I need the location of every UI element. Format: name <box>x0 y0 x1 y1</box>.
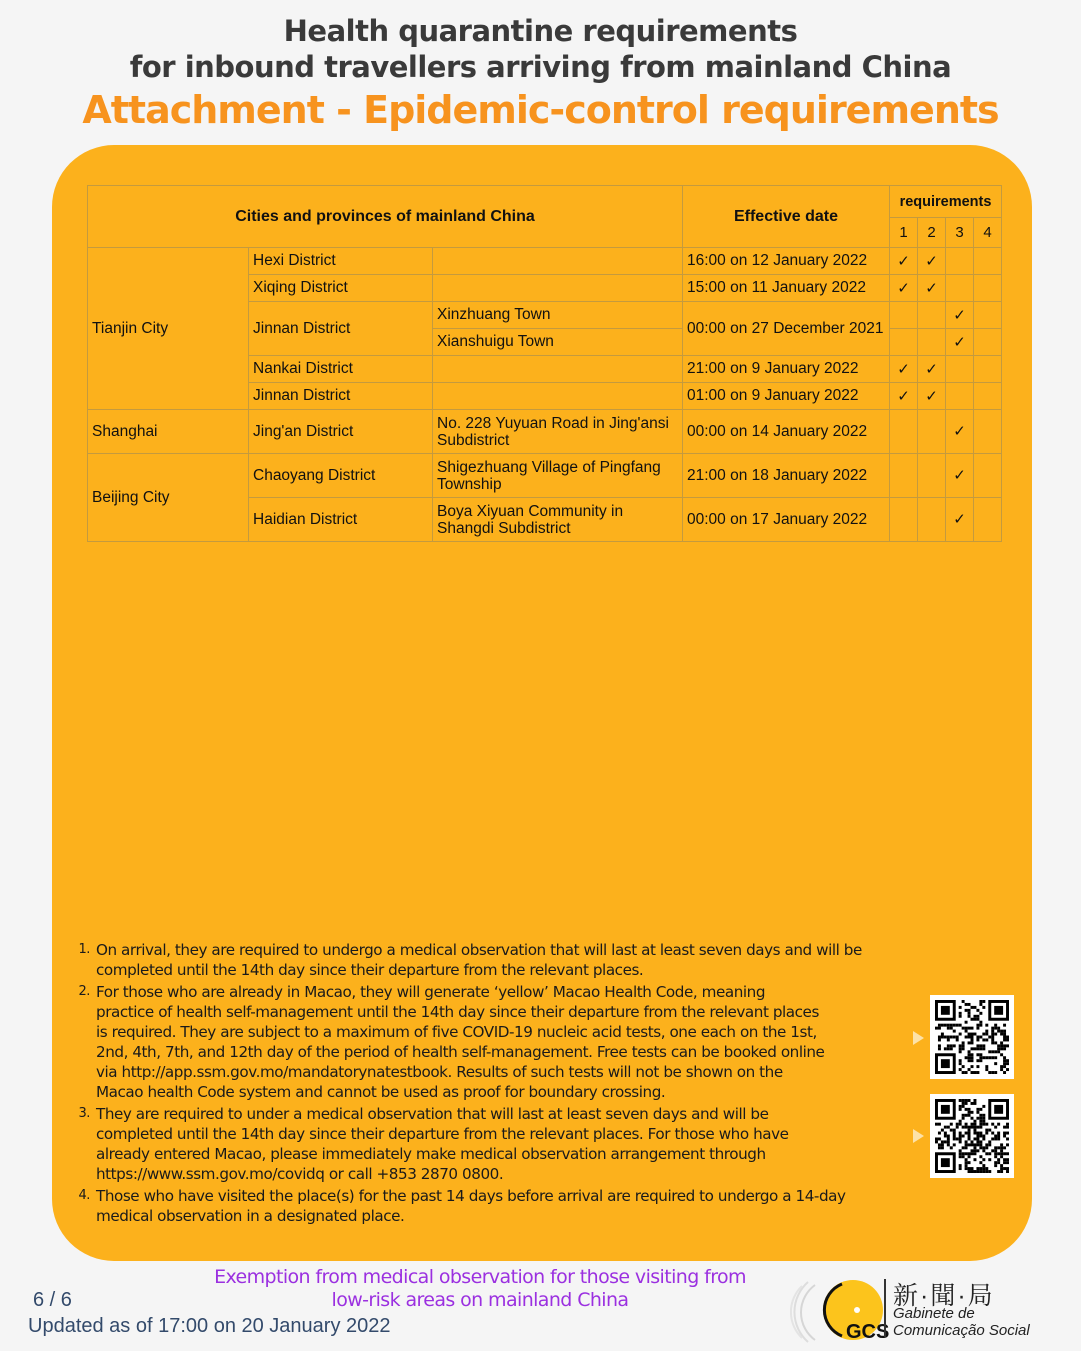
header-location: Cities and provinces of mainland China <box>88 186 683 248</box>
cell-requirement-3-checkmark-icon: ✓ <box>946 498 974 542</box>
note-text: They are required to under a medical obs… <box>96 1104 825 1184</box>
cell-requirement-1-checkmark-icon: ✓ <box>890 275 918 302</box>
cell-requirement-1 <box>890 410 918 454</box>
cell-district: Xiqing District <box>249 275 433 302</box>
qr-code-medical-observation[interactable] <box>930 1094 1014 1178</box>
notes-list: 1. On arrival, they are required to unde… <box>70 940 920 1228</box>
cell-requirement-3 <box>946 356 974 383</box>
cell-city: Beijing City <box>88 454 249 542</box>
cell-requirement-2 <box>918 454 946 498</box>
note-text: On arrival, they are required to undergo… <box>96 940 920 980</box>
logo-portuguese-line-1: Gabinete de <box>893 1305 975 1322</box>
cell-city: Tianjin City <box>88 248 249 410</box>
cell-requirement-4 <box>974 302 1002 329</box>
subtitle: Attachment - Epidemic-control requiremen… <box>0 88 1081 132</box>
qr-code-health-self-management[interactable] <box>930 995 1014 1079</box>
note-item: 4. Those who have visited the place(s) f… <box>70 1186 920 1226</box>
cell-effective-date: 21:00 on 18 January 2022 <box>683 454 890 498</box>
cell-requirement-2 <box>918 498 946 542</box>
cell-requirement-3-checkmark-icon: ✓ <box>946 454 974 498</box>
cell-effective-date: 21:00 on 9 January 2022 <box>683 356 890 383</box>
note-text: Those who have visited the place(s) for … <box>96 1186 880 1226</box>
cell-subdistrict: No. 228 Yuyuan Road in Jing'ansi Subdist… <box>433 410 683 454</box>
cell-subdistrict: Shigezhuang Village of Pingfang Township <box>433 454 683 498</box>
cell-requirement-3-checkmark-icon: ✓ <box>946 302 974 329</box>
header-req-1: 1 <box>890 218 918 248</box>
cell-subdistrict <box>433 248 683 275</box>
table-row: Tianjin CityHexi District16:00 on 12 Jan… <box>88 248 1002 275</box>
cell-subdistrict <box>433 275 683 302</box>
cell-district: Chaoyang District <box>249 454 433 498</box>
exemption-line-2: low-risk areas on mainland China <box>160 1289 800 1312</box>
title-line-1: Health quarantine requirements <box>0 14 1081 48</box>
cell-district: Jinnan District <box>249 302 433 356</box>
cell-requirement-1 <box>890 329 918 356</box>
cell-requirement-3 <box>946 275 974 302</box>
cell-effective-date: 01:00 on 9 January 2022 <box>683 383 890 410</box>
header-req-3: 3 <box>946 218 974 248</box>
note-number: 1. <box>70 940 96 980</box>
cell-subdistrict <box>433 383 683 410</box>
cell-requirement-4 <box>974 410 1002 454</box>
qr-code-icon <box>935 1099 1009 1173</box>
cell-district: Haidian District <box>249 498 433 542</box>
cell-requirement-2 <box>918 329 946 356</box>
qr-code-icon <box>935 1000 1009 1074</box>
cell-requirement-2 <box>918 410 946 454</box>
header-requirements: requirements <box>890 186 1002 218</box>
cell-effective-date: 16:00 on 12 January 2022 <box>683 248 890 275</box>
header-effective-date: Effective date <box>683 186 890 248</box>
title-line-2: for inbound travellers arriving from mai… <box>0 50 1081 84</box>
cell-requirement-4 <box>974 275 1002 302</box>
cell-requirement-1 <box>890 498 918 542</box>
cell-requirement-2 <box>918 302 946 329</box>
cell-requirement-4 <box>974 383 1002 410</box>
cell-city: Shanghai <box>88 410 249 454</box>
cell-requirement-4 <box>974 454 1002 498</box>
cell-effective-date: 00:00 on 27 December 2021 <box>683 302 890 356</box>
cell-district: Jinnan District <box>249 383 433 410</box>
cell-requirement-4 <box>974 248 1002 275</box>
cell-effective-date: 15:00 on 11 January 2022 <box>683 275 890 302</box>
exemption-link[interactable]: Exemption from medical observation for t… <box>160 1266 800 1312</box>
cell-subdistrict: Xianshuigu Town <box>433 329 683 356</box>
note-text: For those who are already in Macao, they… <box>96 982 825 1102</box>
cell-requirement-1-checkmark-icon: ✓ <box>890 356 918 383</box>
header-req-4: 4 <box>974 218 1002 248</box>
cell-requirement-1 <box>890 302 918 329</box>
cell-requirement-3 <box>946 383 974 410</box>
cell-requirement-1-checkmark-icon: ✓ <box>890 248 918 275</box>
logo-portuguese-line-2: Comunicação Social <box>893 1322 1030 1339</box>
table-row: Beijing CityChaoyang DistrictShigezhuang… <box>88 454 1002 498</box>
cell-subdistrict: Xinzhuang Town <box>433 302 683 329</box>
updated-timestamp: Updated as of 17:00 on 20 January 2022 <box>28 1315 391 1338</box>
svg-text:GCS: GCS <box>846 1321 889 1343</box>
cell-requirement-2-checkmark-icon: ✓ <box>918 248 946 275</box>
note-number: 2. <box>70 982 96 1102</box>
cell-requirement-1 <box>890 454 918 498</box>
note-item: 1. On arrival, they are required to unde… <box>70 940 920 980</box>
arrow-right-icon <box>913 1129 924 1143</box>
cell-requirement-3 <box>946 248 974 275</box>
note-number: 4. <box>70 1186 96 1226</box>
logo-divider <box>884 1279 886 1337</box>
cell-district: Jing'an District <box>249 410 433 454</box>
note-number: 3. <box>70 1104 96 1184</box>
cell-subdistrict <box>433 356 683 383</box>
cell-requirement-1-checkmark-icon: ✓ <box>890 383 918 410</box>
cell-requirement-4 <box>974 498 1002 542</box>
cell-effective-date: 00:00 on 17 January 2022 <box>683 498 890 542</box>
cell-requirement-2-checkmark-icon: ✓ <box>918 275 946 302</box>
requirements-table: Cities and provinces of mainland China E… <box>87 185 1002 542</box>
cell-requirement-4 <box>974 329 1002 356</box>
exemption-line-1: Exemption from medical observation for t… <box>160 1266 800 1289</box>
cell-requirement-2-checkmark-icon: ✓ <box>918 383 946 410</box>
cell-requirement-4 <box>974 356 1002 383</box>
cell-requirement-2-checkmark-icon: ✓ <box>918 356 946 383</box>
cell-subdistrict: Boya Xiyuan Community in Shangdi Subdist… <box>433 498 683 542</box>
cell-effective-date: 00:00 on 14 January 2022 <box>683 410 890 454</box>
note-item: 2. For those who are already in Macao, t… <box>70 982 920 1102</box>
header-req-2: 2 <box>918 218 946 248</box>
table-row: ShanghaiJing'an DistrictNo. 228 Yuyuan R… <box>88 410 1002 454</box>
arrow-right-icon <box>913 1031 924 1045</box>
cell-requirement-3-checkmark-icon: ✓ <box>946 410 974 454</box>
note-item: 3. They are required to under a medical … <box>70 1104 920 1184</box>
cell-district: Nankai District <box>249 356 433 383</box>
cell-district: Hexi District <box>249 248 433 275</box>
cell-requirement-3-checkmark-icon: ✓ <box>946 329 974 356</box>
page-number: 6 / 6 <box>33 1289 72 1312</box>
